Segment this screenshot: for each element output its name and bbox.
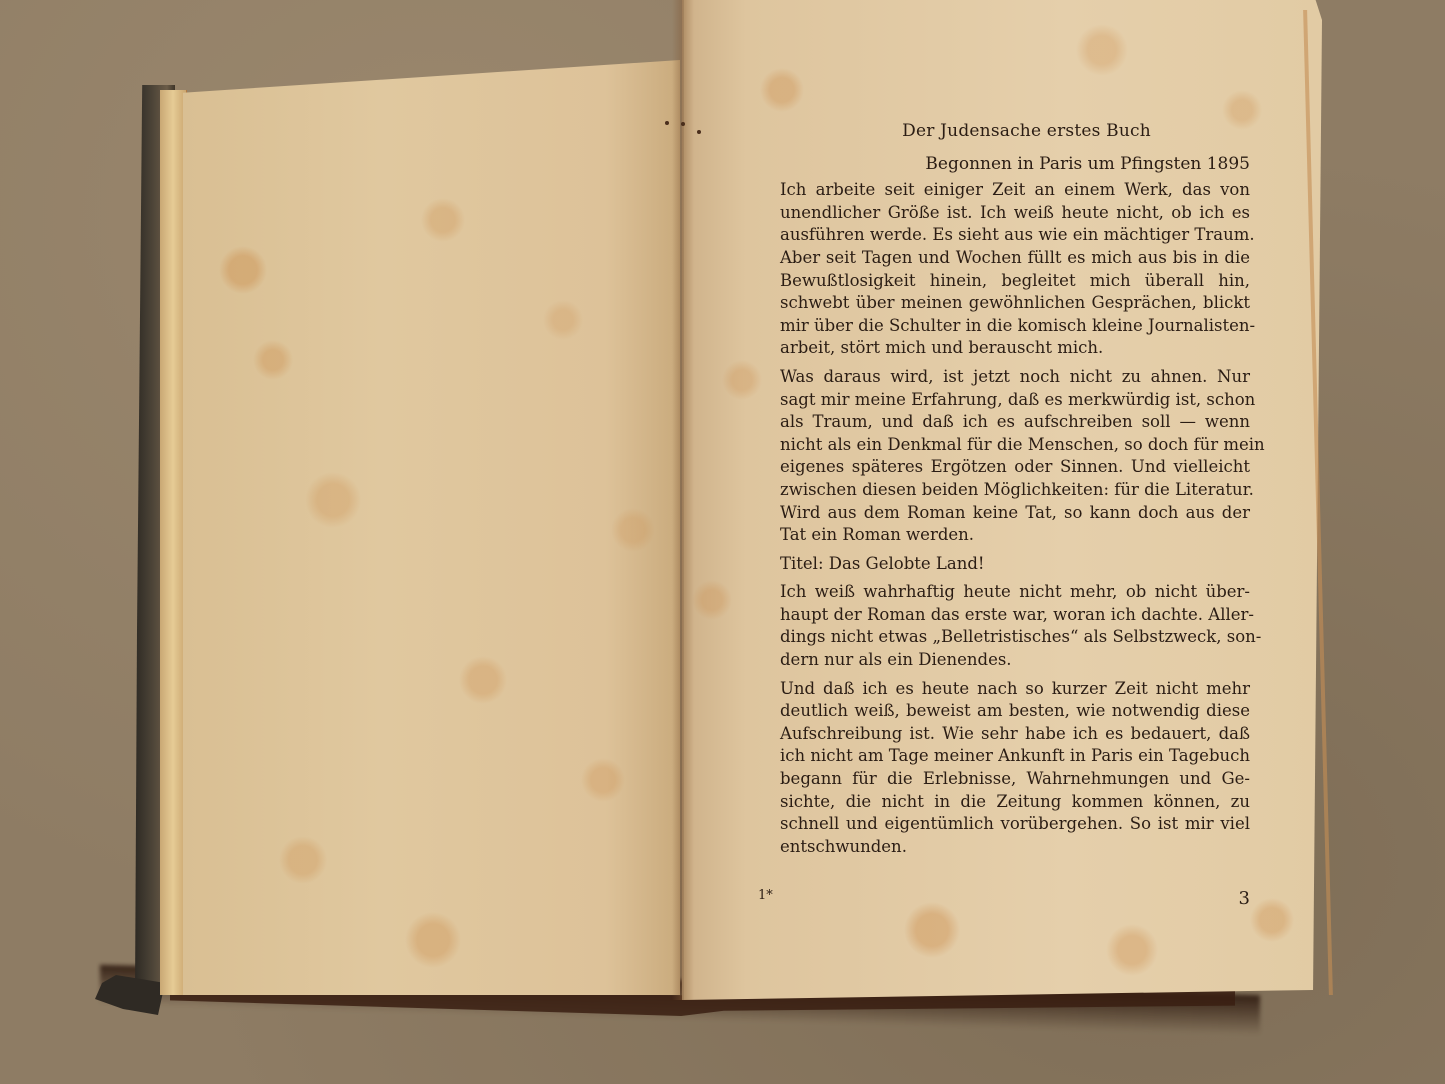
paragraph-1: Ich arbeite seit einiger Zeit an einem W… [758,179,1250,360]
text-line: sagt mir meine Erfahrung, daß es merkwür… [758,389,1250,412]
text-line: eigenes späteres Ergötzen oder Sinnen. U… [758,456,1250,479]
chapter-heading: Der Judensache erstes Buch [803,120,1250,143]
text-line: haupt der Roman das erste war, woran ich… [758,604,1250,627]
left-page-blank [183,60,680,995]
text-line: unendlicher Größe ist. Ich weiß heute ni… [758,202,1250,225]
right-page-text: Der Judensache erstes Buch Begonnen in P… [758,120,1250,864]
text-line: zwischen diesen beiden Möglichkeiten: fü… [758,479,1250,502]
text-line: Bewußtlosigkeit hinein, begleitet mich ü… [758,270,1250,293]
text-line: ausführen werde. Es sieht aus wie ein mä… [758,224,1250,247]
text-line: als Traum, und daß ich es aufschreiben s… [758,411,1250,434]
text-line: Aufschreibung ist. Wie sehr habe ich es … [758,723,1250,746]
text-line: entschwunden. [758,836,1250,859]
paragraph-2: Was daraus wird, ist jetzt noch nicht zu… [758,366,1250,547]
text-line: schwebt über meinen gewöhnlichen Gespräc… [758,292,1250,315]
text-line: Was daraus wird, ist jetzt noch nicht zu… [758,366,1250,389]
chapter-subheading: Begonnen in Paris um Pfingsten 1895 [758,153,1250,176]
paragraph-4: Und daß ich es heute nach so kurzer Zeit… [758,678,1250,859]
signature-mark: 1* [758,888,773,903]
book-gutter [672,0,694,1000]
page-number: 3 [1239,888,1250,909]
text-line: Ich weiß wahrhaftig heute nicht mehr, ob… [758,581,1250,604]
ink-speck [665,121,669,125]
ink-speck [697,130,701,134]
text-line: begann für die Erlebnisse, Wahrnehmungen… [758,768,1250,791]
ink-speck [681,122,685,126]
text-line: arbeit, stört mich und berauscht mich. [758,337,1250,360]
text-line: nicht als ein Denkmal für die Menschen, … [758,434,1250,457]
text-line: mir über die Schulter in die komisch kle… [758,315,1250,338]
text-line: deutlich weiß, beweist am besten, wie no… [758,700,1250,723]
text-line: Und daß ich es heute nach so kurzer Zeit… [758,678,1250,701]
text-line: Aber seit Tagen und Wochen füllt es mich… [758,247,1250,270]
text-line: Titel: Das Gelobte Land! [758,553,1250,576]
text-line: Ich arbeite seit einiger Zeit an einem W… [758,179,1250,202]
text-line: Wird aus dem Roman keine Tat, so kann do… [758,502,1250,525]
paragraph-3: Ich weiß wahrhaftig heute nicht mehr, ob… [758,581,1250,671]
text-line: schnell und eigentümlich vorübergehen. S… [758,813,1250,836]
text-line: Tat ein Roman werden. [758,524,1250,547]
text-line: ich nicht am Tage meiner Ankunft in Pari… [758,745,1250,768]
paragraph-title: Titel: Das Gelobte Land! [758,553,1250,576]
text-line: dern nur als ein Dienendes. [758,649,1250,672]
text-line: dings nicht etwas „Belletristisches“ als… [758,626,1250,649]
page-stack-edge [160,90,187,995]
text-line: sichte, die nicht in die Zeitung kommen … [758,791,1250,814]
